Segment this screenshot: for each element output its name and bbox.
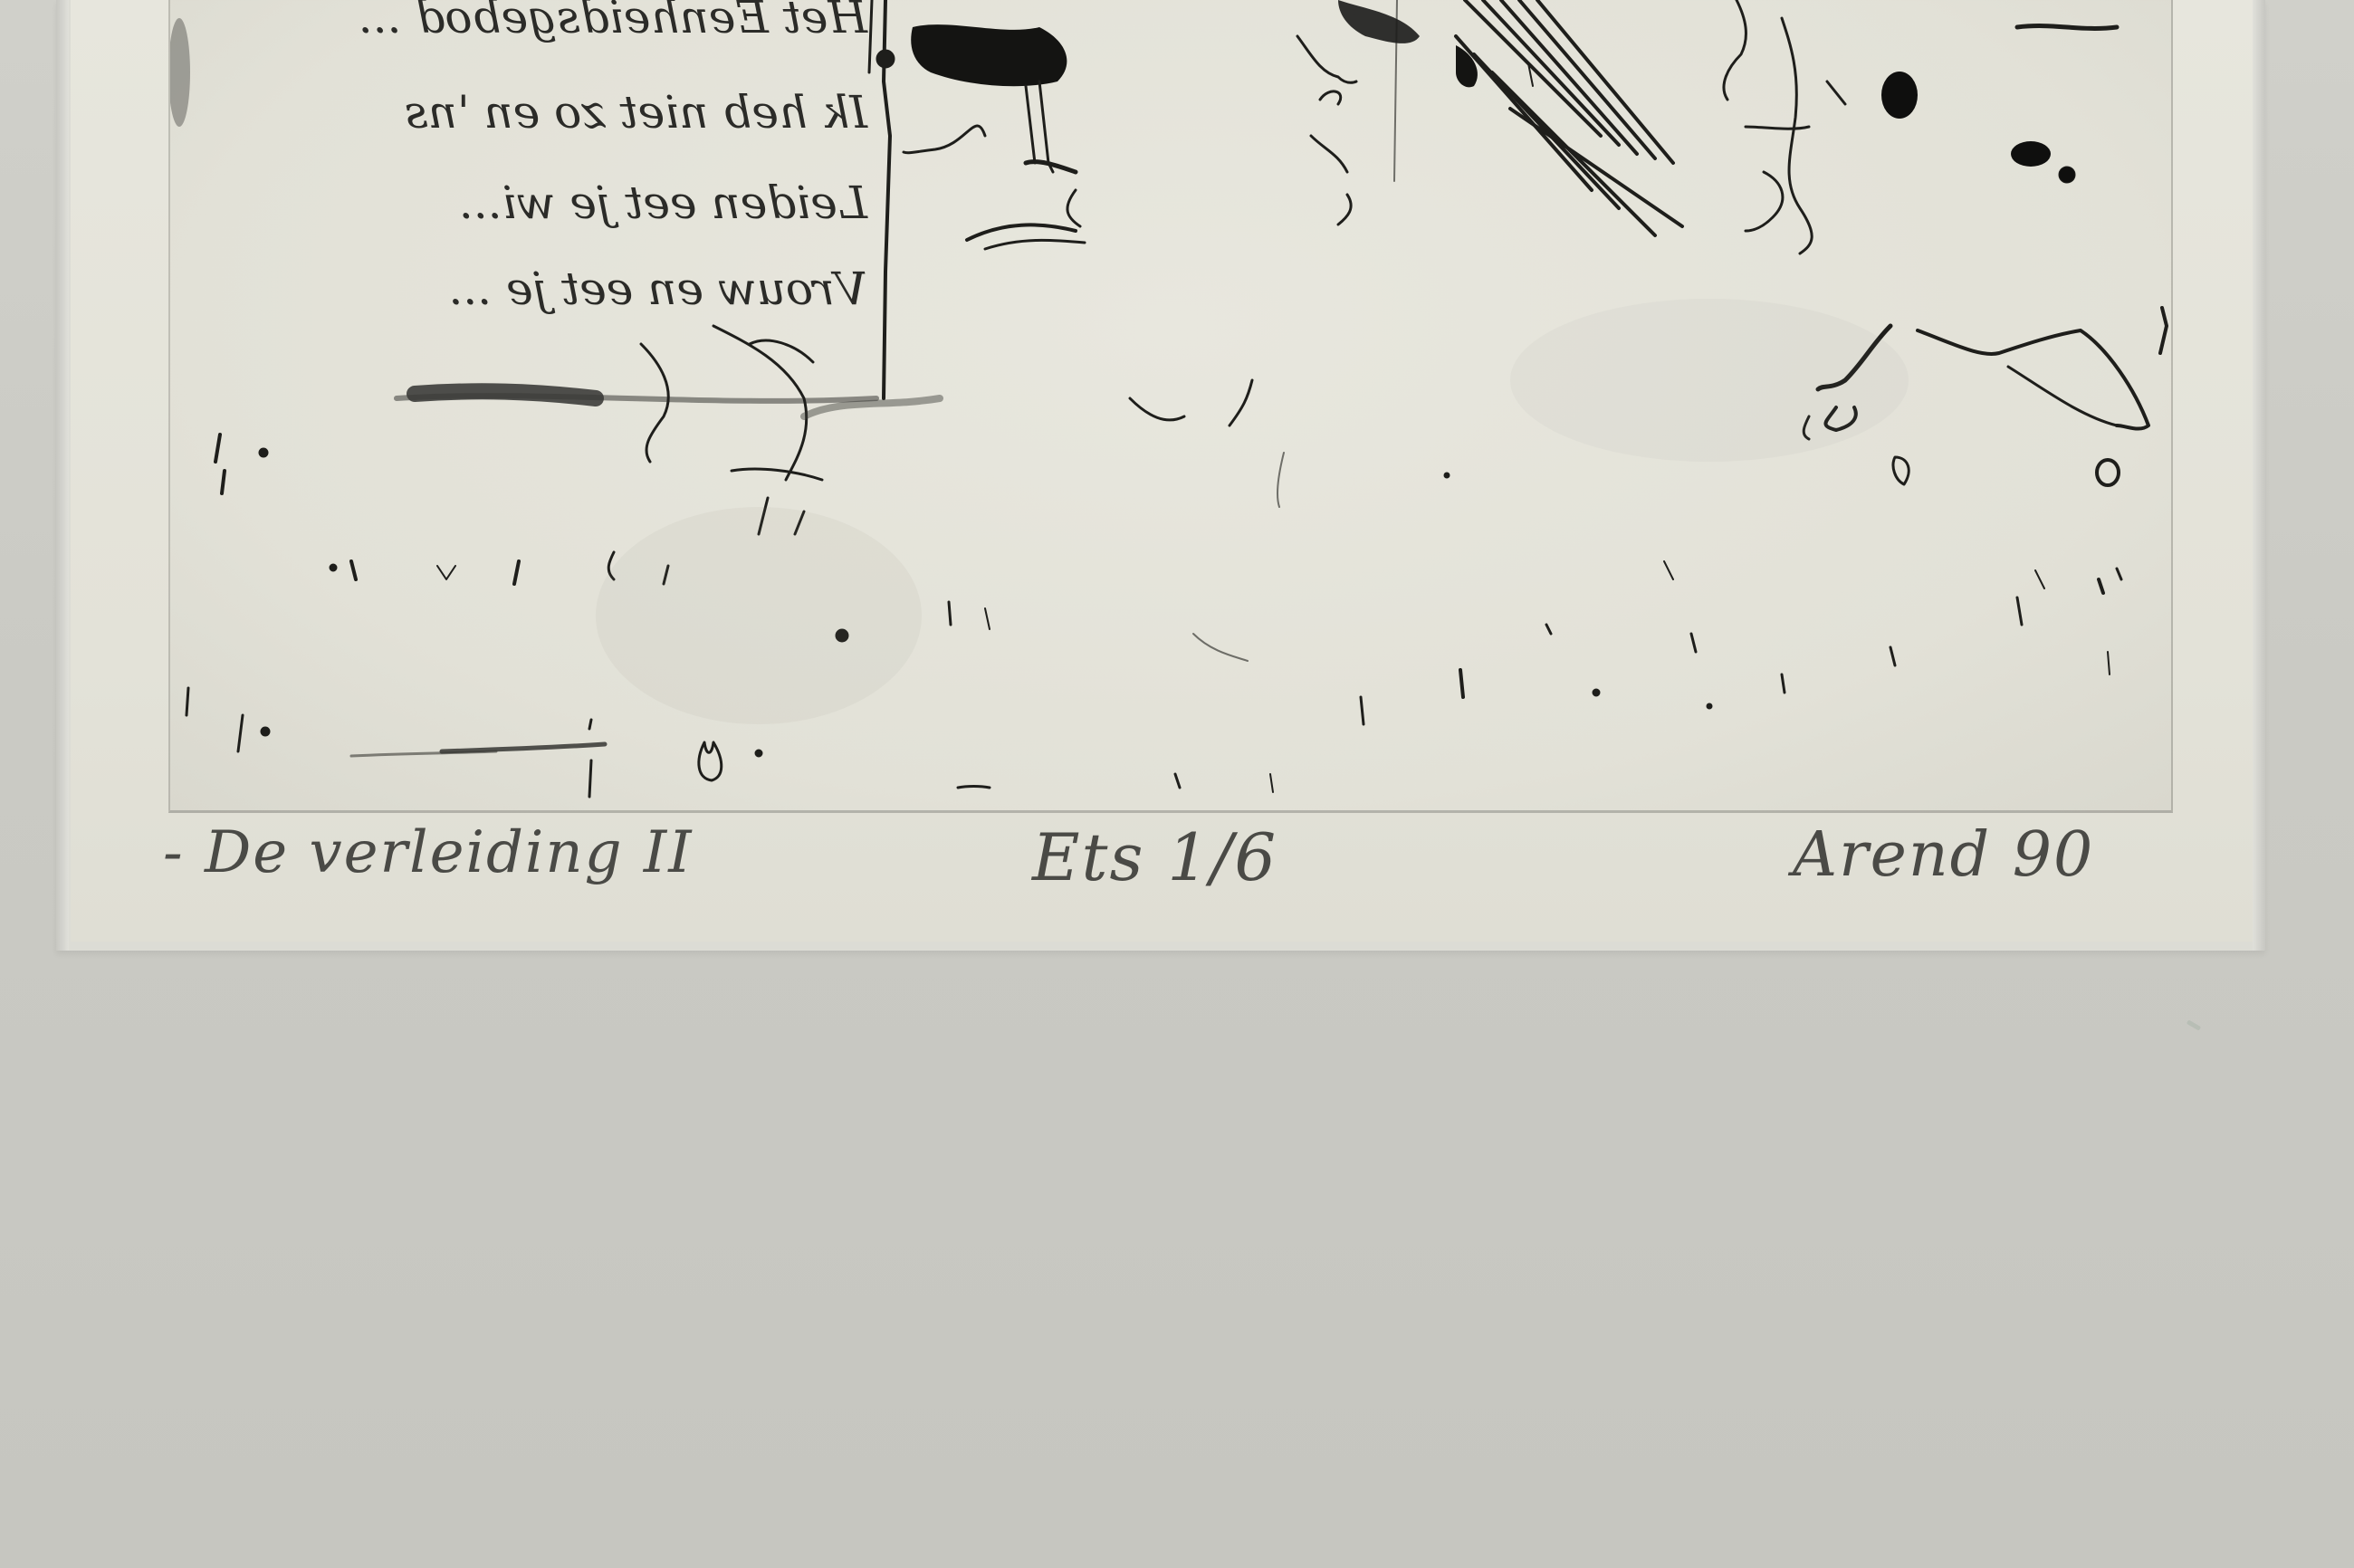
mirrored-handwriting-line-2: Ik heb niet zo en 'ns (405, 86, 867, 139)
edition-inscription: Ets 1/6 (1032, 819, 1277, 895)
framed-etching-photo: Het Eenheidsgebod ... Ik heb niet zo en … (0, 0, 2354, 1568)
mirrored-handwriting-line-4: Vrouw en eet je ... (448, 263, 867, 315)
title-inscription: - De verleiding II (163, 819, 693, 886)
dust-speck (2187, 1019, 2201, 1030)
etching-plate-impression: Het Eenheidsgebod ... Ik heb niet zo en … (168, 0, 2173, 813)
mirrored-handwriting-line-1: Het Eenheidsgebod ... (359, 0, 867, 43)
signature-inscription: Arend 90 (1793, 819, 2094, 891)
mirrored-handwriting-line-3: Leiden eet je wi... (459, 177, 867, 229)
paper-sheet: Het Eenheidsgebod ... Ik heb niet zo en … (71, 0, 2253, 942)
